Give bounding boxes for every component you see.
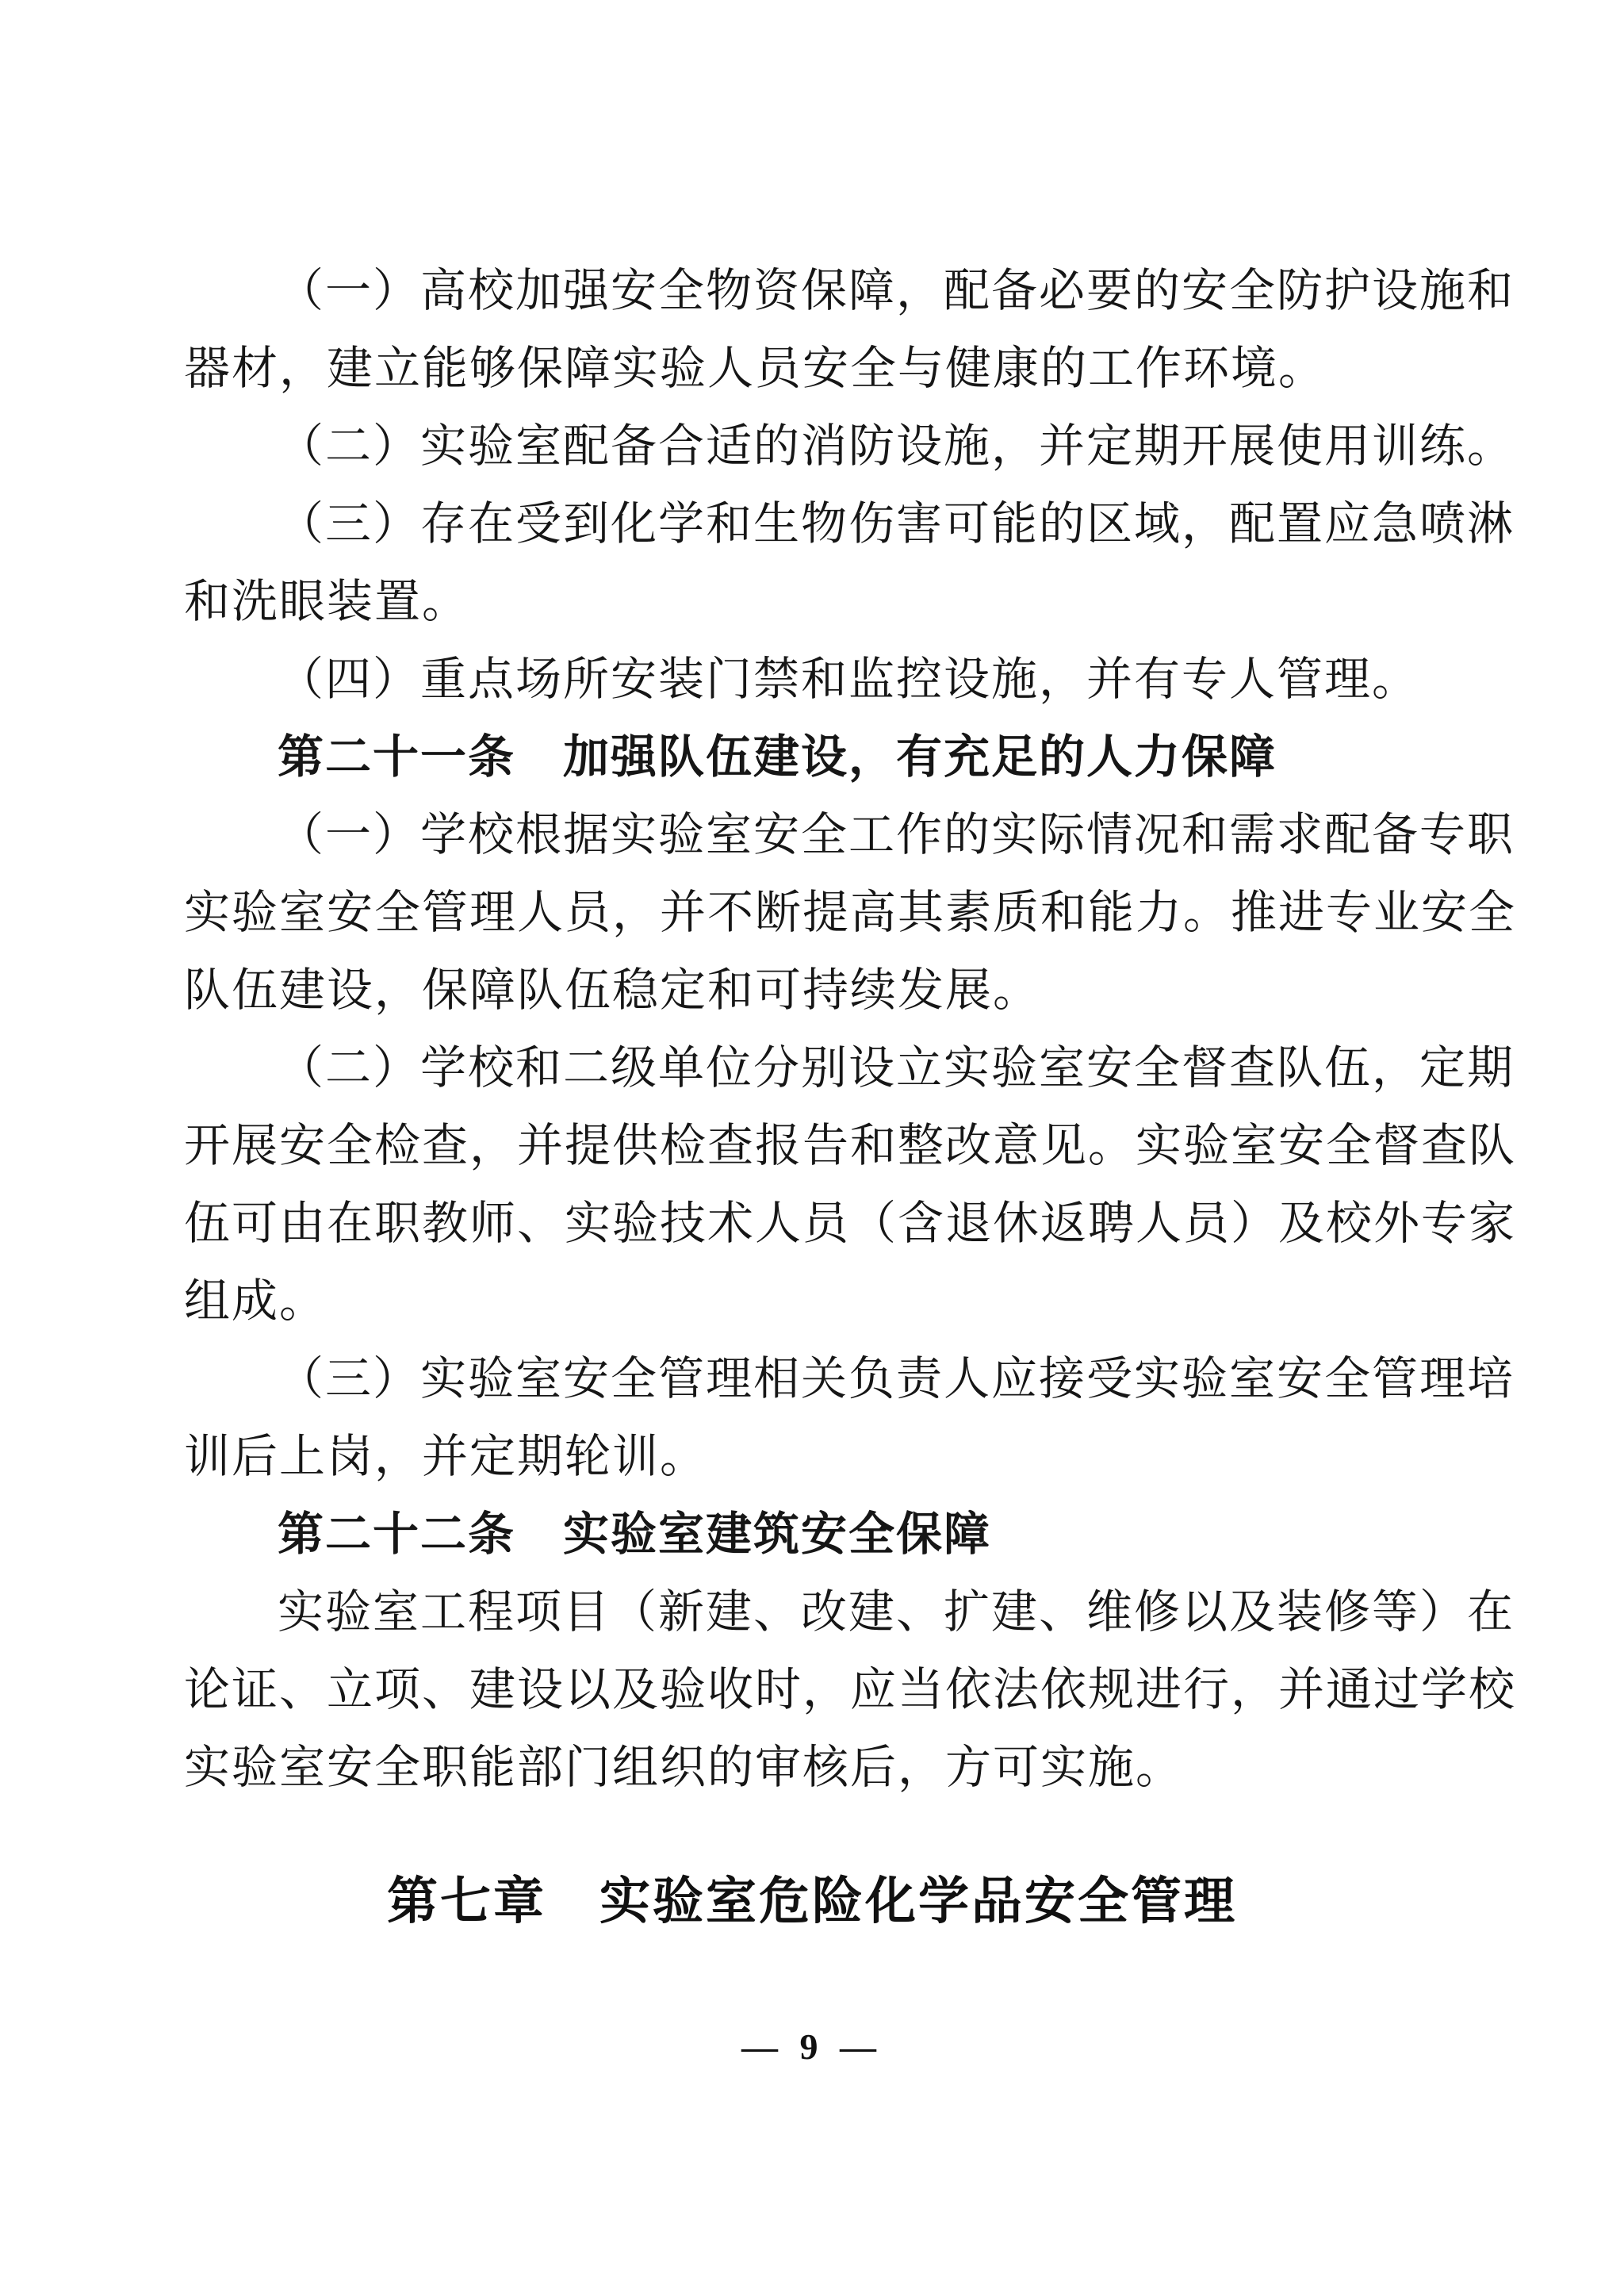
article-heading-line: 第二十一条 加强队伍建设，有充足的人力保障: [184, 719, 1440, 796]
text-line: （四）重点场所安装门禁和监控设施，并有专人管理。: [184, 641, 1440, 719]
text-line: 实验室安全管理人员，并不断提高其素质和能力。推进专业安全: [184, 874, 1440, 952]
document-body: （一）高校加强安全物资保障，配备必要的安全防护设施和 器材，建立能够保障实验人员…: [184, 252, 1440, 2072]
text-line: 论证、立项、建设以及验收时，应当依法依规进行，并通过学校: [184, 1651, 1440, 1729]
text-line: （二）学校和二级单位分别设立实验室安全督查队伍，定期: [184, 1029, 1440, 1107]
text-line: （一）高校加强安全物资保障，配备必要的安全防护设施和: [184, 252, 1440, 330]
document-page: （一）高校加强安全物资保障，配备必要的安全防护设施和 器材，建立能够保障实验人员…: [0, 0, 1624, 2296]
text-line: 实验室安全职能部门组织的审核后，方可实施。: [184, 1729, 1440, 1807]
text-line: 和洗眼装置。: [184, 563, 1440, 641]
text-line: 队伍建设，保障队伍稳定和可持续发展。: [184, 952, 1440, 1029]
chapter-heading: 第七章 实验室危险化学品安全管理: [184, 1862, 1440, 1940]
text-line: （三）实验室安全管理相关负责人应接受实验室安全管理培: [184, 1340, 1440, 1418]
text-line: 组成。: [184, 1263, 1440, 1340]
text-line: （二）实验室配备合适的消防设施，并定期开展使用训练。: [184, 408, 1440, 485]
text-line: （一）学校根据实验室安全工作的实际情况和需求配备专职: [184, 796, 1440, 874]
text-line: 训后上岗，并定期轮训。: [184, 1418, 1440, 1496]
article-heading-line: 第二十二条 实验室建筑安全保障: [184, 1496, 1440, 1573]
text-line: 开展安全检查，并提供检查报告和整改意见。实验室安全督查队: [184, 1107, 1440, 1185]
text-line: （三）存在受到化学和生物伤害可能的区域，配置应急喷淋: [184, 485, 1440, 563]
page-number: — 9 —: [184, 2022, 1440, 2072]
text-line: 器材，建立能够保障实验人员安全与健康的工作环境。: [184, 330, 1440, 408]
text-line: 实验室工程项目（新建、改建、扩建、维修以及装修等）在: [184, 1573, 1440, 1651]
text-line: 伍可由在职教师、实验技术人员（含退休返聘人员）及校外专家: [184, 1185, 1440, 1263]
